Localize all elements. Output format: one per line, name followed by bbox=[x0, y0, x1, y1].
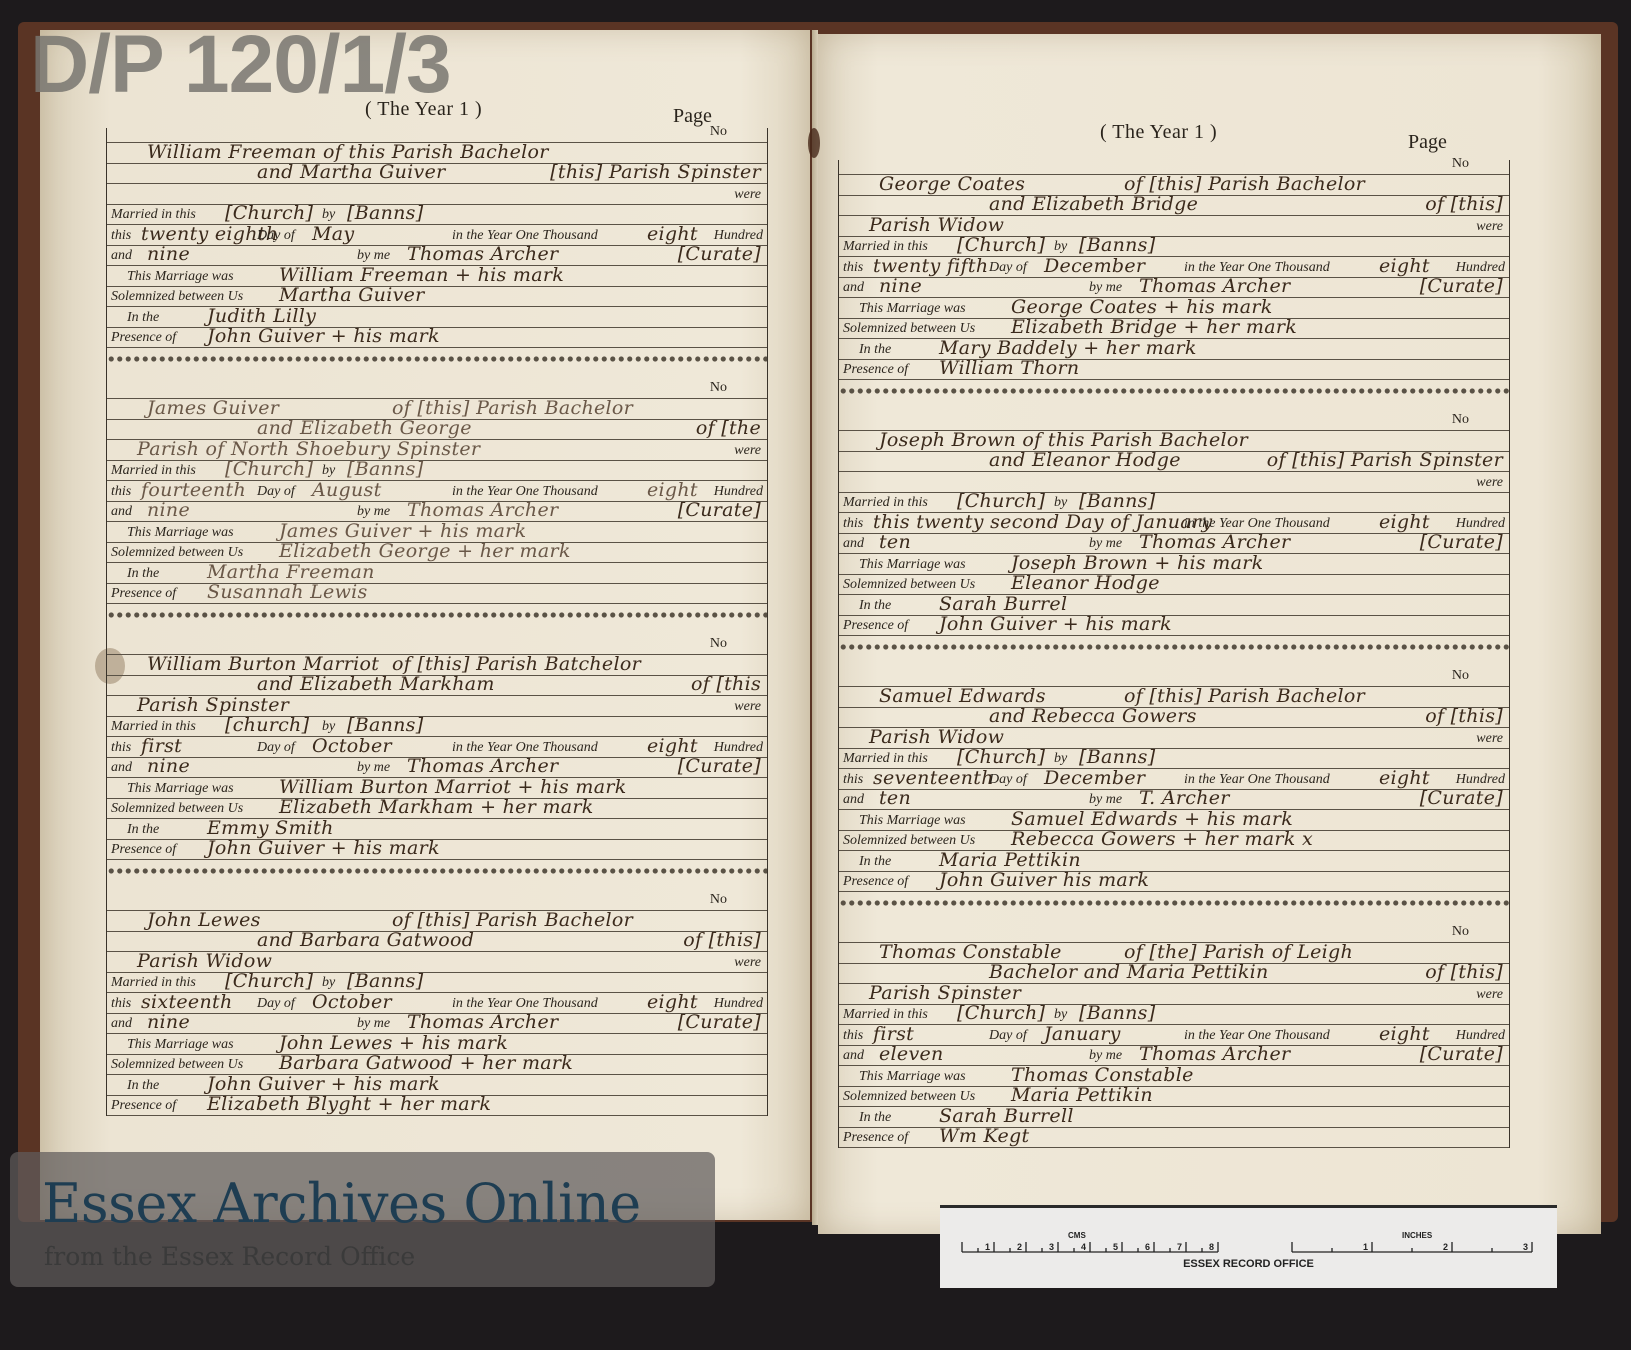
presence-of-label: Presence of bbox=[843, 874, 908, 890]
by-value: [Banns] bbox=[347, 458, 423, 480]
this-label: this bbox=[843, 1028, 863, 1044]
marriage-entry: NoWilliam Freeman of this Parish Bachelo… bbox=[107, 128, 767, 348]
hundred-label: Hundred bbox=[1456, 1028, 1505, 1044]
witness-2: Elizabeth Blyght + her mark bbox=[207, 1093, 491, 1115]
day-value: first bbox=[873, 1023, 914, 1045]
by-me-label: by me bbox=[357, 760, 390, 776]
signature-groom: Joseph Brown + his mark bbox=[1011, 552, 1263, 574]
were-label: were bbox=[734, 443, 761, 459]
signature-groom: George Coates + his mark bbox=[1011, 296, 1273, 318]
entry-number-label: No bbox=[710, 380, 727, 396]
office-value: [Curate] bbox=[678, 755, 761, 777]
solemnized-label: Solemnized between Us bbox=[843, 833, 975, 849]
entry-number-label: No bbox=[710, 124, 727, 140]
day-value: sixteenth bbox=[141, 991, 232, 1013]
scale-caption: ESSEX RECORD OFFICE bbox=[940, 1258, 1557, 1270]
by-value: [Banns] bbox=[347, 970, 423, 992]
bride-status: Parish Spinster bbox=[869, 982, 1021, 1004]
svg-text:2: 2 bbox=[1443, 1242, 1448, 1252]
bride-parish: of [this] Parish Spinster bbox=[1267, 449, 1503, 471]
place-value: [Church] bbox=[225, 202, 313, 224]
married-in-label: Married in this bbox=[111, 975, 196, 991]
svg-text:3: 3 bbox=[1049, 1242, 1054, 1252]
and-label: and bbox=[111, 504, 132, 520]
signature-bride: Elizabeth George + her mark bbox=[279, 540, 571, 562]
day-of-label: Day of bbox=[257, 996, 295, 1012]
bride-parish: [this] Parish Spinster bbox=[550, 161, 761, 183]
marriage-was-label: This Marriage was bbox=[127, 781, 234, 797]
groom-name: Thomas Constable bbox=[879, 941, 1062, 963]
groom-name: George Coates bbox=[879, 173, 1025, 195]
entry-number-label: No bbox=[1452, 924, 1469, 940]
by-label: by bbox=[1054, 495, 1067, 511]
groom-name: William Burton Marriot bbox=[147, 653, 379, 675]
groom-parish: of [this] Parish Bachelor bbox=[1124, 685, 1365, 707]
signature-bride: Elizabeth Bridge + her mark bbox=[1011, 316, 1297, 338]
signature-bride: Maria Pettikin bbox=[1011, 1084, 1153, 1106]
page-label-right: Page bbox=[1408, 131, 1447, 154]
bride-status: Parish Widow bbox=[137, 950, 272, 972]
register-right: NoGeorge Coatesof [this] Parish Bachelor… bbox=[838, 160, 1510, 1148]
day-value: fourteenth bbox=[141, 479, 246, 501]
year-value: nine bbox=[147, 499, 190, 521]
by-label: by bbox=[322, 719, 335, 735]
svg-text:4: 4 bbox=[1081, 1242, 1086, 1252]
in-the-label: In the bbox=[127, 822, 159, 838]
in-the-year-label: in the Year One Thousand bbox=[452, 228, 598, 244]
ornamental-divider bbox=[839, 384, 1509, 398]
groom-name: Samuel Edwards bbox=[879, 685, 1046, 707]
signature-groom: Samuel Edwards + his mark bbox=[1011, 808, 1293, 830]
officiant-name: Thomas Archer bbox=[1139, 1043, 1290, 1065]
svg-text:1: 1 bbox=[1363, 1242, 1368, 1252]
groom-parish: of [this] Parish Batchelor bbox=[392, 653, 641, 675]
marriage-was-label: This Marriage was bbox=[127, 525, 234, 541]
by-me-label: by me bbox=[1089, 280, 1122, 296]
in-the-year-label: in the Year One Thousand bbox=[1184, 260, 1330, 276]
watermark-banner: Essex Archives Online from the Essex Rec… bbox=[10, 1152, 715, 1287]
book-spine bbox=[812, 30, 818, 1225]
office-value: [Curate] bbox=[1420, 275, 1503, 297]
by-me-label: by me bbox=[1089, 1048, 1122, 1064]
by-label: by bbox=[322, 207, 335, 223]
witness-1: Sarah Burrel bbox=[939, 593, 1067, 615]
entry-number-label: No bbox=[710, 892, 727, 908]
witness-2: Susannah Lewis bbox=[207, 581, 368, 603]
place-value: [Church] bbox=[225, 458, 313, 480]
presence-of-label: Presence of bbox=[111, 1098, 176, 1114]
by-label: by bbox=[1054, 751, 1067, 767]
day-value: seventeenth bbox=[873, 767, 994, 789]
svg-text:7: 7 bbox=[1177, 1242, 1182, 1252]
place-value: [Church] bbox=[957, 1002, 1045, 1024]
month-value: December bbox=[1044, 767, 1145, 789]
entry-number-label: No bbox=[1452, 156, 1469, 172]
bride-name: and Eleanor Hodge bbox=[989, 449, 1181, 471]
day-of-label: Day of bbox=[257, 228, 295, 244]
presence-of-label: Presence of bbox=[111, 330, 176, 346]
officiant-name: Thomas Archer bbox=[407, 499, 558, 521]
officiant-name: Thomas Archer bbox=[407, 1011, 558, 1033]
solemnized-label: Solemnized between Us bbox=[843, 577, 975, 593]
in-the-year-label: in the Year One Thousand bbox=[1184, 772, 1330, 788]
year-value: eleven bbox=[879, 1043, 944, 1065]
by-me-label: by me bbox=[1089, 536, 1122, 552]
witness-2: Wm Kegt bbox=[939, 1125, 1029, 1147]
officiant-name: Thomas Archer bbox=[407, 755, 558, 777]
by-me-label: by me bbox=[357, 1016, 390, 1032]
marriage-was-label: This Marriage was bbox=[859, 1069, 966, 1085]
solemnized-label: Solemnized between Us bbox=[843, 1089, 975, 1105]
entry-number-label: No bbox=[710, 636, 727, 652]
bride-parish: of [this] bbox=[683, 929, 761, 951]
signature-groom: Thomas Constable bbox=[1011, 1064, 1194, 1086]
bride-name: and Barbara Gatwood bbox=[257, 929, 474, 951]
measurement-scale: 12345678CMS123INCHES ESSEX RECORD OFFICE bbox=[940, 1205, 1557, 1288]
svg-text:6: 6 bbox=[1145, 1242, 1150, 1252]
and-label: and bbox=[843, 1048, 864, 1064]
in-the-label: In the bbox=[859, 342, 891, 358]
signature-groom: John Lewes + his mark bbox=[279, 1032, 508, 1054]
officiant-name: Thomas Archer bbox=[407, 243, 558, 265]
ornamental-divider bbox=[839, 896, 1509, 910]
officiant-name: T. Archer bbox=[1139, 787, 1230, 809]
and-label: and bbox=[111, 1016, 132, 1032]
in-the-year-label: in the Year One Thousand bbox=[1184, 516, 1330, 532]
place-value: [Church] bbox=[225, 970, 313, 992]
and-label: and bbox=[111, 248, 132, 264]
groom-parish: of [the] Parish of Leigh bbox=[1124, 941, 1353, 963]
groom-parish: of [this] Parish Bachelor bbox=[392, 397, 633, 419]
by-value: [Banns] bbox=[347, 714, 423, 736]
place-value: [church] bbox=[225, 714, 309, 736]
day-value: twenty fifth bbox=[873, 255, 988, 277]
signature-bride: Rebecca Gowers + her mark x bbox=[1011, 828, 1313, 850]
solemnized-label: Solemnized between Us bbox=[111, 545, 243, 561]
and-label: and bbox=[843, 280, 864, 296]
marriage-was-label: This Marriage was bbox=[859, 557, 966, 573]
marriage-was-label: This Marriage was bbox=[859, 301, 966, 317]
century-value: eight bbox=[1379, 1023, 1430, 1045]
year-value: ten bbox=[879, 787, 911, 809]
and-label: and bbox=[843, 536, 864, 552]
hundred-label: Hundred bbox=[714, 996, 763, 1012]
groom-name: James Guiver bbox=[147, 397, 279, 419]
ornamental-divider bbox=[107, 864, 767, 878]
month-value: October bbox=[312, 991, 392, 1013]
witness-1: Sarah Burrell bbox=[939, 1105, 1074, 1127]
signature-bride: Martha Guiver bbox=[279, 284, 425, 306]
day-of-label: Day of bbox=[257, 740, 295, 756]
by-label: by bbox=[322, 975, 335, 991]
entry-number-label: No bbox=[1452, 412, 1469, 428]
bride-status: Parish Widow bbox=[869, 214, 1004, 236]
witness-1: Maria Pettikin bbox=[939, 849, 1081, 871]
were-label: were bbox=[1476, 475, 1503, 491]
marriage-entry: NoJames Guiverof [this] Parish Bachelora… bbox=[107, 384, 767, 604]
office-value: [Curate] bbox=[678, 1011, 761, 1033]
century-value: eight bbox=[647, 735, 698, 757]
register-left: NoWilliam Freeman of this Parish Bachelo… bbox=[106, 128, 768, 1116]
officiant-name: Thomas Archer bbox=[1139, 531, 1290, 553]
signature-groom: William Burton Marriot + his mark bbox=[279, 776, 627, 798]
signature-groom: James Guiver + his mark bbox=[279, 520, 527, 542]
stain bbox=[808, 128, 820, 158]
signature-groom: William Freeman + his mark bbox=[279, 264, 564, 286]
solemnized-label: Solemnized between Us bbox=[111, 1057, 243, 1073]
witness-2: John Guiver + his mark bbox=[207, 325, 440, 347]
century-value: eight bbox=[1379, 255, 1430, 277]
svg-text:INCHES: INCHES bbox=[1402, 1231, 1433, 1240]
were-label: were bbox=[1476, 219, 1503, 235]
bride-status: Parish Spinster bbox=[137, 694, 289, 716]
bride-name: and Elizabeth Bridge bbox=[989, 193, 1198, 215]
bride-parish: of [the bbox=[696, 417, 761, 439]
this-label: this bbox=[111, 228, 131, 244]
century-value: eight bbox=[1379, 511, 1430, 533]
by-value: [Banns] bbox=[1079, 234, 1155, 256]
hundred-label: Hundred bbox=[1456, 516, 1505, 532]
svg-text:5: 5 bbox=[1113, 1242, 1118, 1252]
signature-bride: Elizabeth Markham + her mark bbox=[279, 796, 594, 818]
svg-text:CMS: CMS bbox=[1068, 1231, 1086, 1240]
marriage-was-label: This Marriage was bbox=[127, 269, 234, 285]
in-the-label: In the bbox=[859, 1110, 891, 1126]
and-label: and bbox=[111, 760, 132, 776]
in-the-year-label: in the Year One Thousand bbox=[1184, 1028, 1330, 1044]
by-value: [Banns] bbox=[347, 202, 423, 224]
in-the-year-label: in the Year One Thousand bbox=[452, 740, 598, 756]
month-value: August bbox=[312, 479, 382, 501]
hundred-label: Hundred bbox=[714, 228, 763, 244]
this-label: this bbox=[843, 260, 863, 276]
married-in-label: Married in this bbox=[111, 207, 196, 223]
hundred-label: Hundred bbox=[714, 740, 763, 756]
by-me-label: by me bbox=[357, 248, 390, 264]
page-label-left: Page bbox=[673, 105, 712, 128]
marriage-entry: NoGeorge Coatesof [this] Parish Bachelor… bbox=[839, 160, 1509, 380]
by-value: [Banns] bbox=[1079, 1002, 1155, 1024]
were-label: were bbox=[734, 699, 761, 715]
this-label: this bbox=[843, 516, 863, 532]
married-in-label: Married in this bbox=[111, 463, 196, 479]
hundred-label: Hundred bbox=[1456, 772, 1505, 788]
married-in-label: Married in this bbox=[843, 751, 928, 767]
marriage-entry: NoSamuel Edwardsof [this] Parish Bachelo… bbox=[839, 672, 1509, 892]
witness-1: Emmy Smith bbox=[207, 817, 334, 839]
month-value: May bbox=[312, 223, 354, 245]
by-label: by bbox=[1054, 239, 1067, 255]
month-value: January bbox=[1044, 1023, 1121, 1045]
married-in-label: Married in this bbox=[111, 719, 196, 735]
were-label: were bbox=[1476, 731, 1503, 747]
bride-name: Bachelor and Maria Pettikin bbox=[989, 961, 1269, 983]
signature-bride: Barbara Gatwood + her mark bbox=[279, 1052, 573, 1074]
office-value: [Curate] bbox=[678, 243, 761, 265]
witness-2: John Guiver + his mark bbox=[939, 613, 1172, 635]
presence-of-label: Presence of bbox=[843, 1130, 908, 1146]
day-of-label: Day of bbox=[989, 1028, 1027, 1044]
svg-text:8: 8 bbox=[1209, 1242, 1214, 1252]
marriage-entry: NoWilliam Burton Marriotof [this] Parish… bbox=[107, 640, 767, 860]
day-of-label: Day of bbox=[989, 772, 1027, 788]
bride-name: and Elizabeth George bbox=[257, 417, 472, 439]
groom-parish: of [this] Parish Bachelor bbox=[1124, 173, 1365, 195]
year-value: nine bbox=[147, 1011, 190, 1033]
year-value: nine bbox=[147, 243, 190, 265]
month-value: December bbox=[1044, 255, 1145, 277]
svg-text:3: 3 bbox=[1523, 1242, 1528, 1252]
day-value: this twenty second Day of January bbox=[873, 511, 1212, 533]
svg-text:2: 2 bbox=[1017, 1242, 1022, 1252]
witness-1: Mary Baddely + her mark bbox=[939, 337, 1197, 359]
day-of-label: Day of bbox=[989, 260, 1027, 276]
bride-parish: of [this] bbox=[1425, 705, 1503, 727]
month-value: October bbox=[312, 735, 392, 757]
year-heading-right: ( The Year 1 ) bbox=[1100, 121, 1217, 144]
by-value: [Banns] bbox=[1079, 490, 1155, 512]
bride-name: and Elizabeth Markham bbox=[257, 673, 495, 695]
office-value: [Curate] bbox=[678, 499, 761, 521]
presence-of-label: Presence of bbox=[111, 842, 176, 858]
in-the-label: In the bbox=[859, 854, 891, 870]
bride-status: Parish Widow bbox=[869, 726, 1004, 748]
bride-name: and Rebecca Gowers bbox=[989, 705, 1197, 727]
marriage-entry: NoThomas Constableof [the] Parish of Lei… bbox=[839, 928, 1509, 1148]
married-in-label: Married in this bbox=[843, 239, 928, 255]
witness-2: John Guiver + his mark bbox=[207, 837, 440, 859]
were-label: were bbox=[1476, 987, 1503, 1003]
watermark-subtitle: from the Essex Record Office bbox=[44, 1242, 415, 1271]
marriage-entry: NoJoseph Brown of this Parish Bacheloran… bbox=[839, 416, 1509, 636]
in-the-year-label: in the Year One Thousand bbox=[452, 484, 598, 500]
witness-1: Judith Lilly bbox=[207, 305, 316, 327]
groom-name: John Lewes bbox=[147, 909, 261, 931]
by-value: [Banns] bbox=[1079, 746, 1155, 768]
in-the-year-label: in the Year One Thousand bbox=[452, 996, 598, 1012]
in-the-label: In the bbox=[127, 566, 159, 582]
year-value: nine bbox=[879, 275, 922, 297]
solemnized-label: Solemnized between Us bbox=[111, 289, 243, 305]
groom-name: Joseph Brown of this Parish Bachelor bbox=[879, 429, 1248, 451]
by-label: by bbox=[322, 463, 335, 479]
bride-status: Parish of North Shoebury Spinster bbox=[137, 438, 480, 460]
hundred-label: Hundred bbox=[1456, 260, 1505, 276]
in-the-label: In the bbox=[859, 598, 891, 614]
witness-2: William Thorn bbox=[939, 357, 1079, 379]
marriage-was-label: This Marriage was bbox=[859, 813, 966, 829]
hundred-label: Hundred bbox=[714, 484, 763, 500]
by-label: by bbox=[1054, 1007, 1067, 1023]
married-in-label: Married in this bbox=[843, 1007, 928, 1023]
year-value: nine bbox=[147, 755, 190, 777]
witness-1: John Guiver + his mark bbox=[207, 1073, 440, 1095]
this-label: this bbox=[111, 740, 131, 756]
ornamental-divider bbox=[107, 352, 767, 366]
solemnized-label: Solemnized between Us bbox=[111, 801, 243, 817]
this-label: this bbox=[111, 484, 131, 500]
year-heading-left: ( The Year 1 ) bbox=[365, 98, 482, 121]
in-the-label: In the bbox=[127, 1078, 159, 1094]
place-value: [Church] bbox=[957, 746, 1045, 768]
entry-number-label: No bbox=[1452, 668, 1469, 684]
groom-parish: of [this] Parish Bachelor bbox=[392, 909, 633, 931]
this-label: this bbox=[111, 996, 131, 1012]
office-value: [Curate] bbox=[1420, 787, 1503, 809]
office-value: [Curate] bbox=[1420, 1043, 1503, 1065]
watermark-title: Essex Archives Online bbox=[42, 1172, 641, 1235]
svg-text:1: 1 bbox=[985, 1242, 990, 1252]
solemnized-label: Solemnized between Us bbox=[843, 321, 975, 337]
and-label: and bbox=[843, 792, 864, 808]
place-value: [Church] bbox=[957, 490, 1045, 512]
signature-bride: Eleanor Hodge bbox=[1011, 572, 1160, 594]
this-label: this bbox=[843, 772, 863, 788]
bride-parish: of [this] bbox=[1425, 961, 1503, 983]
ornamental-divider bbox=[107, 608, 767, 622]
marriage-was-label: This Marriage was bbox=[127, 1037, 234, 1053]
day-value: first bbox=[141, 735, 182, 757]
by-me-label: by me bbox=[1089, 792, 1122, 808]
officiant-name: Thomas Archer bbox=[1139, 275, 1290, 297]
were-label: were bbox=[734, 955, 761, 971]
century-value: eight bbox=[647, 991, 698, 1013]
bride-parish: of [this bbox=[691, 673, 761, 695]
year-value: ten bbox=[879, 531, 911, 553]
presence-of-label: Presence of bbox=[111, 586, 176, 602]
witness-1: Martha Freeman bbox=[207, 561, 375, 583]
in-the-label: In the bbox=[127, 310, 159, 326]
century-value: eight bbox=[647, 223, 698, 245]
married-in-label: Married in this bbox=[843, 495, 928, 511]
office-value: [Curate] bbox=[1420, 531, 1503, 553]
ornamental-divider bbox=[839, 640, 1509, 654]
century-value: eight bbox=[1379, 767, 1430, 789]
presence-of-label: Presence of bbox=[843, 618, 908, 634]
day-of-label: Day of bbox=[257, 484, 295, 500]
presence-of-label: Presence of bbox=[843, 362, 908, 378]
were-label: were bbox=[734, 187, 761, 203]
place-value: [Church] bbox=[957, 234, 1045, 256]
groom-name: William Freeman of this Parish Bachelor bbox=[147, 141, 549, 163]
witness-2: John Guiver his mark bbox=[939, 869, 1149, 891]
bride-name: and Martha Guiver bbox=[257, 161, 446, 183]
bride-parish: of [this] bbox=[1425, 193, 1503, 215]
marriage-entry: NoJohn Lewesof [this] Parish Bachelorand… bbox=[107, 896, 767, 1116]
by-me-label: by me bbox=[357, 504, 390, 520]
century-value: eight bbox=[647, 479, 698, 501]
